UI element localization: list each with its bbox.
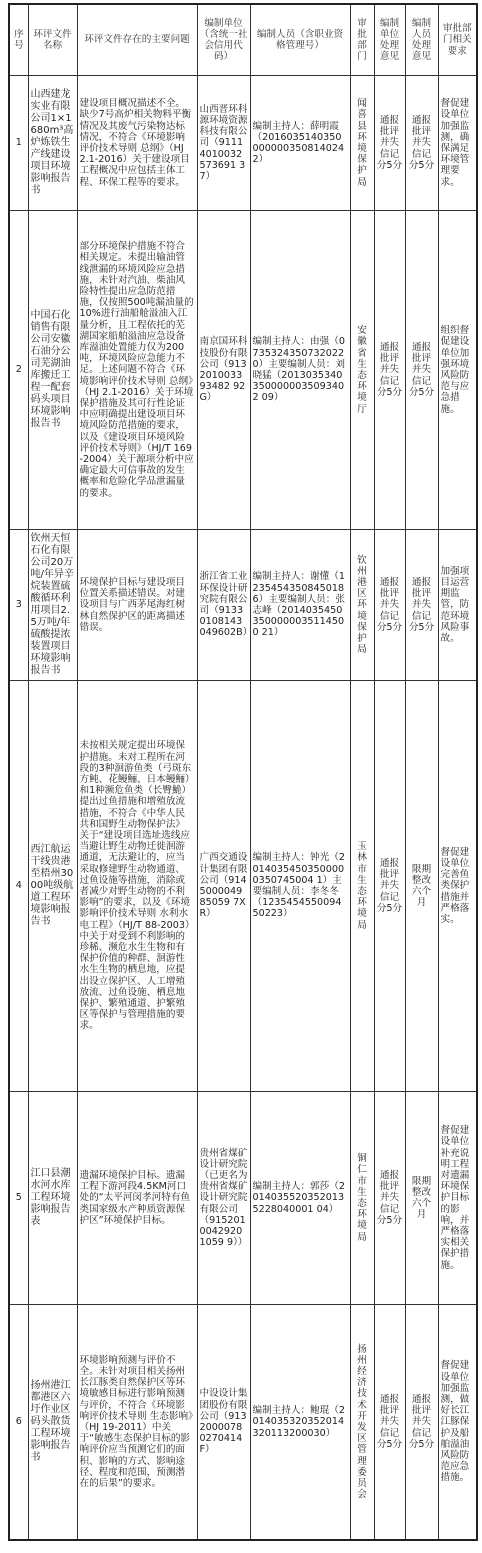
table-row: 6 扬州港江都港区六圩作业区码头散货工程环境影响报告书 环境影响预测与评价不全。… [9, 1305, 477, 1541]
cell-requirement: 加强项目运营期监管，防范环境风险事故。 [438, 530, 477, 681]
cell-unit-action: 通报批评并失信记分5分 [374, 530, 405, 681]
cell-dept: 钦州港区环境保护局 [350, 530, 374, 681]
cell-unit: 广西交通设计集团有限公司（914500004985059 7XR） [197, 681, 250, 1092]
cell-person-action: 通报批评并失信记分5分 [405, 211, 438, 530]
cell-seq: 4 [9, 681, 28, 1092]
table-row: 5 江口县潮水河水库工程环境影响报告表 遗漏环境保护目标。遗漏工程下游河段4.5… [9, 1092, 477, 1305]
header-problem: 环评文件存在的主要问题 [77, 4, 197, 76]
header-dept: 审批部门 [350, 4, 374, 76]
header-requirement: 审批部门相关要求 [438, 4, 477, 76]
cell-requirement: 督促建设单位加强监测，做好长江江豚保护及船舶溢油风险防范应急措施。 [438, 1305, 477, 1541]
cell-unit: 山西晋环科源环境资源科技有限公司（91114010032573691 37） [197, 76, 250, 211]
table-row: 1 山西建龙实业有限公司1×1680m³高炉炼铁生产线建设项目环境影响报告书 建… [9, 76, 477, 211]
header-row: 序号 环评文件名称 环评文件存在的主要问题 编制单位（含统一社会信用代码） 编制… [9, 4, 477, 76]
cell-dept: 铜仁市生态环境局 [350, 1092, 374, 1305]
cell-unit: 浙江省工业环保设计研究院有限公司（91330108143049602B） [197, 530, 250, 681]
header-unit: 编制单位（含统一社会信用代码） [197, 4, 250, 76]
cell-person-action: 限期整改六个月 [405, 681, 438, 1092]
cell-persons: 编制主持人：鲍琨（2014035320352014320113200030） [250, 1305, 350, 1541]
cell-person-action: 通报批评并失信记分5分 [405, 530, 438, 681]
cell-unit: 贵州省煤矿设计研究院（已更名为贵州省煤矿设计研究院有限公司（9152010042… [197, 1092, 250, 1305]
cell-seq: 1 [9, 76, 28, 211]
cell-seq: 3 [9, 530, 28, 681]
cell-seq: 5 [9, 1092, 28, 1305]
cell-persons: 编制主持人：郭莎（20140355203520135228040001 04） [250, 1092, 350, 1305]
cell-doc-name: 山西建龙实业有限公司1×1680m³高炉炼铁生产线建设项目环境影响报告书 [28, 76, 77, 211]
cell-doc-name: 西江航运干线贵港至梧州3000吨级航道工程环境影响报告书 [28, 681, 77, 1092]
cell-unit-action: 通报批评并失信记分5分 [374, 76, 405, 211]
cell-seq: 2 [9, 211, 28, 530]
cell-person-action: 通报批评并失信记分5分 [405, 76, 438, 211]
cell-dept: 闻喜县环境保护局 [350, 76, 374, 211]
cell-dept: 玉林市生态环境局 [350, 681, 374, 1092]
table-row: 3 钦州天恒石化有限公司20万吨/年异辛烷装置硫酸循环利用项目2.5万吨/年硫酸… [9, 530, 477, 681]
cell-unit-action: 通报批评并失信记分5分 [374, 1092, 405, 1305]
cell-dept: 扬州经济技术开发区管理委员会 [350, 1305, 374, 1541]
cell-problem: 部分环境保护措施不符合相关规定。未提出输油管线泄漏的环境风险应急措施，未针对汽油… [77, 211, 197, 530]
cell-problem: 遗漏环境保护目标。遗漏工程下游河段4.5KM河口处的“太平河闵孝河特有鱼类国家级… [77, 1092, 197, 1305]
cell-unit: 南京国环科技股份有限公司（913201003393482 92G） [197, 211, 250, 530]
header-doc-name: 环评文件名称 [28, 4, 77, 76]
cell-seq: 6 [9, 1305, 28, 1541]
cell-dept: 安徽省生态环境厅 [350, 211, 374, 530]
cell-requirement: 督促建设单位加强监测，确保满足环境管理要求。 [438, 76, 477, 211]
cell-persons: 编制主持人：薛明霞（2016035140350000000350814024 2… [250, 76, 350, 211]
cell-doc-name: 扬州港江都港区六圩作业区码头散货工程环境影响报告书 [28, 1305, 77, 1541]
cell-requirement: 组织督促建设单位加强环境风险防范与应急措施。 [438, 211, 477, 530]
header-seq: 序号 [9, 4, 28, 76]
cell-doc-name: 钦州天恒石化有限公司20万吨/年异辛烷装置硫酸循环利用项目2.5万吨/年硫酸提浓… [28, 530, 77, 681]
header-persons: 编制人员（含职业资格管理号） [250, 4, 350, 76]
cell-problem: 未按相关规定提出环境保护措施。未对工程所在河段的3种洄游鱼类（弓斑东方鲀、花鳗鲡… [77, 681, 197, 1092]
cell-doc-name: 江口县潮水河水库工程环境影响报告表 [28, 1092, 77, 1305]
cell-person-action: 通报批评并失信记分5分 [405, 1305, 438, 1541]
cell-unit-action: 通报批评并失信记分5分 [374, 211, 405, 530]
header-unit-action: 编制单位处理意见 [374, 4, 405, 76]
cell-unit: 中设设计集团股份有限公司（91320000780270414F） [197, 1305, 250, 1541]
cell-person-action: 限期整改六个月 [405, 1092, 438, 1305]
cell-doc-name: 中国石化销售有限公司安徽石油分公司芜湖油库搬迁工程一配套码头项目环境影响报告书 [28, 211, 77, 530]
cell-unit-action: 通报批评并失信记分5分 [374, 681, 405, 1092]
cell-requirement: 督促建设单位完善鱼类保护措施并严格落实。 [438, 681, 477, 1092]
table-row: 2 中国石化销售有限公司安徽石油分公司芜湖油库搬迁工程一配套码头项目环境影响报告… [9, 211, 477, 530]
cell-requirement: 督促建设单位补充说明工程对遗漏环境保护目标的影响，并严格落实相关保护措施。 [438, 1092, 477, 1305]
cell-problem: 建设项目概况描述不全。缺少7号高炉相关物料平衡情况及其废气污染物达标情况，不符合… [77, 76, 197, 211]
table-row: 4 西江航运干线贵港至梧州3000吨级航道工程环境影响报告书 未按相关规定提出环… [9, 681, 477, 1092]
cell-persons: 编制主持人：由强（07353243507320220）主要编制人员：刘晓猛（20… [250, 211, 350, 530]
header-person-action: 编制人员处理意见 [405, 4, 438, 76]
violations-table: 序号 环评文件名称 环评文件存在的主要问题 编制单位（含统一社会信用代码） 编制… [8, 3, 478, 1541]
cell-problem: 环境保护目标与建设项目位置关系描述错误。对建设项目与广西茅尾海红树林自然保护区的… [77, 530, 197, 681]
cell-persons: 编制主持人：谢懂（12354543508450186）主要编制人员：张志峰（20… [250, 530, 350, 681]
cell-problem: 环境影响预测与评价不全。未针对项目相关扬州长江豚类自然保护区等环境敏感目标进行影… [77, 1305, 197, 1541]
cell-unit-action: 通报批评并失信记分5分 [374, 1305, 405, 1541]
cell-persons: 编制主持人：钟光（20140354503500000350745004 1）主要… [250, 681, 350, 1092]
